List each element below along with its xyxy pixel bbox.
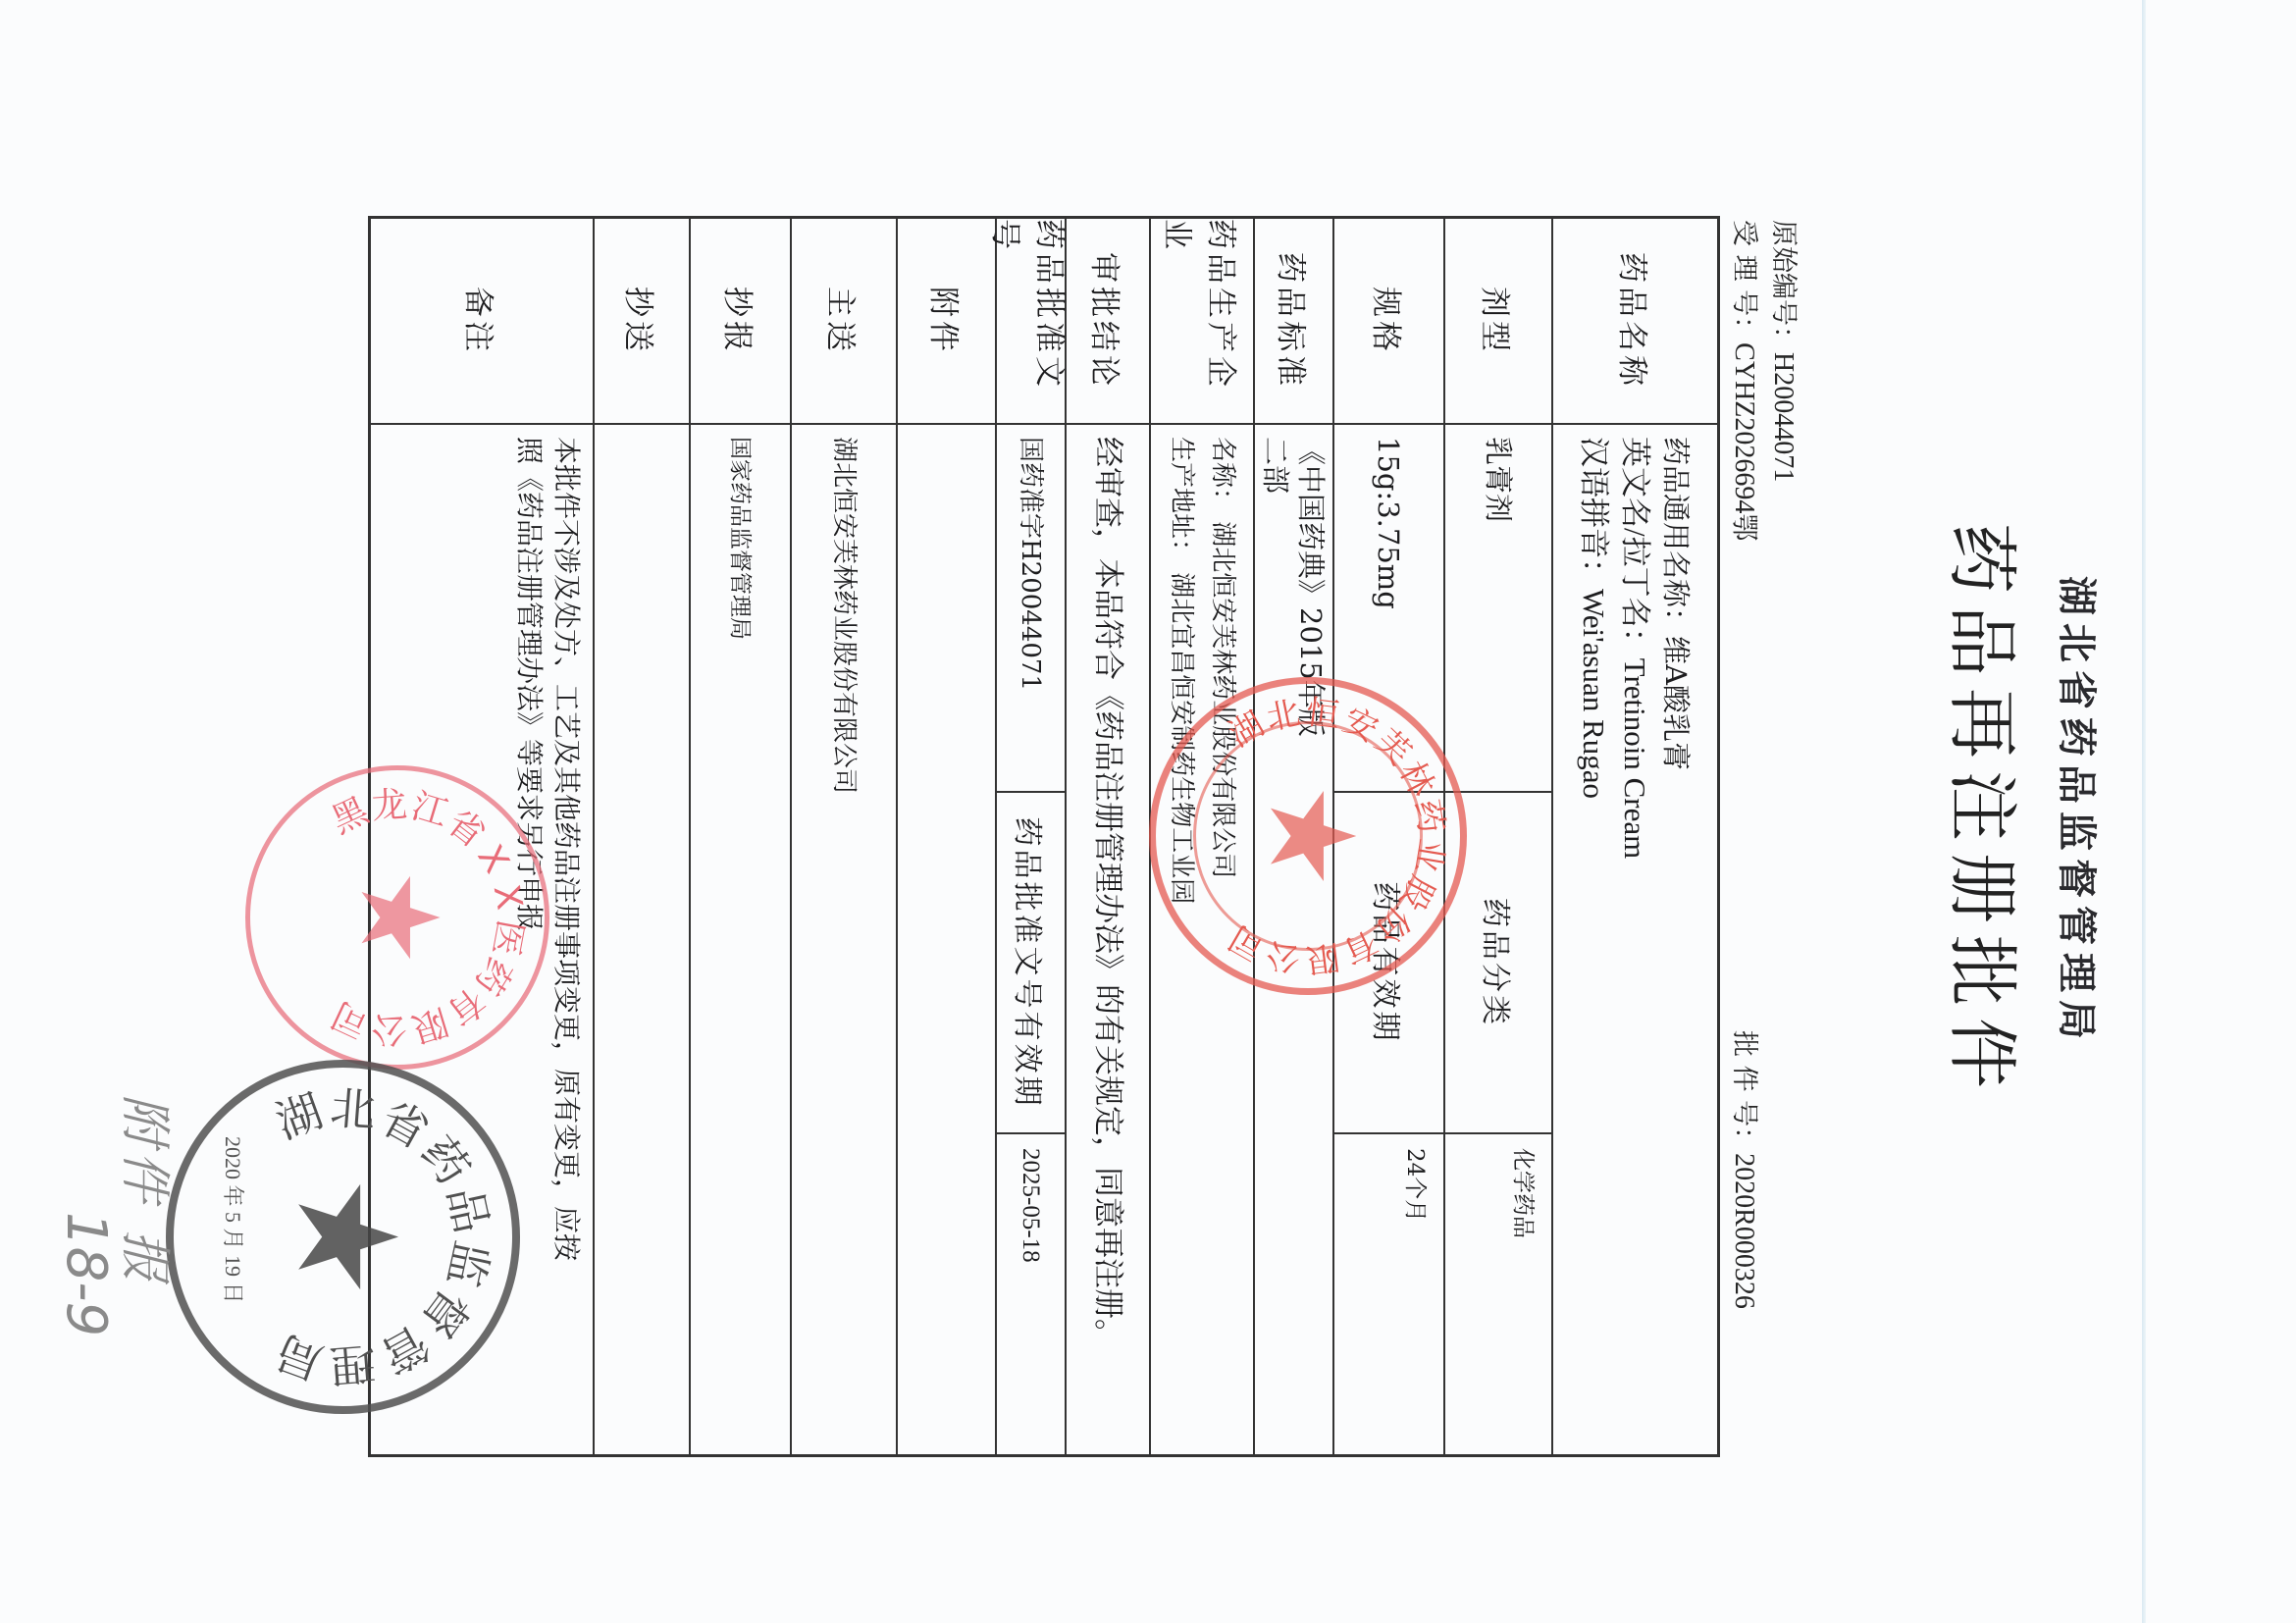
approval-document-number-value: 2020R000326	[1729, 1153, 1759, 1309]
label-drug-name: 药品名称	[1553, 219, 1717, 425]
label-main-recipient: 主送	[792, 219, 896, 425]
row-main-recipient: 主送 湖北恒安芙林药业股份有限公司	[790, 219, 896, 1454]
value-manufacturer: 名称： 湖北恒安芙林药业股份有限公司 生产地址： 湖北宜昌恒安制药生物工业园	[1151, 437, 1253, 1446]
row-manufacturer: 药品生产企业 名称： 湖北恒安芙林药业股份有限公司 生产地址： 湖北宜昌恒安制药…	[1149, 219, 1253, 1454]
label-conclusion: 审批结论	[1067, 219, 1149, 425]
svg-text:湖: 湖	[269, 1084, 330, 1149]
row-attachment: 附件	[896, 219, 995, 1454]
row-specification: 规格 15g:3.75mg 药品有效期 24个月	[1332, 219, 1443, 1454]
original-number: 原始编号：H20044071	[1767, 220, 1805, 482]
value-drug-name: 药品通用名称：维A酸乳膏 英文名/拉丁名：Tretinoin Cream 汉语拼…	[1553, 437, 1717, 1446]
agency-seal-date: 2020 年 5 月 19 日	[219, 1136, 249, 1304]
handwritten-number: 18-9	[54, 1212, 118, 1336]
label-approval-number: 药品批准文号	[997, 219, 1065, 425]
label-shelf-life: 药品有效期	[1334, 791, 1443, 1134]
approval-document-number: 批 件 号：2020R000326	[1728, 1030, 1766, 1309]
drug-generic-name: 药品通用名称：维A酸乳膏	[1656, 437, 1697, 1446]
value-main-recipient: 湖北恒安芙林药业股份有限公司	[792, 437, 896, 1446]
label-classification: 药品分类	[1445, 791, 1551, 1134]
label-specification: 规格	[1334, 219, 1443, 425]
manufacturer-name: 名称： 湖北恒安芙林药业股份有限公司	[1202, 437, 1243, 1446]
value-specification: 15g:3.75mg	[1334, 437, 1443, 767]
svg-text:局: 局	[269, 1325, 330, 1389]
document-page: 湖北省药品监督管理局 药品再注册批件 原始编号：H20044071 受 理 号：…	[0, 0, 2296, 1623]
label-dosage-form: 剂型	[1445, 219, 1551, 425]
label-standard: 药品标准	[1255, 219, 1332, 425]
issuing-agency: 湖北省药品监督管理局	[2052, 0, 2108, 1623]
acceptance-number-value: CYHZ2026694鄂	[1729, 342, 1759, 541]
value-approval-validity: 2025-05-18	[997, 1134, 1065, 1454]
value-standard: 《中国药典》2015年版 二部	[1255, 437, 1332, 1446]
handwritten-note: 附件 报	[113, 1094, 186, 1287]
label-approval-validity: 药品批准文号有效期	[997, 791, 1065, 1134]
row-conclusion: 审批结论 经审查，本品符合《药品注册管理办法》的有关规定，同意再注册。	[1065, 219, 1149, 1454]
value-conclusion: 经审查，本品符合《药品注册管理办法》的有关规定，同意再注册。	[1067, 437, 1149, 1446]
approval-table: 药品名称 药品通用名称：维A酸乳膏 英文名/拉丁名：Tretinoin Crea…	[368, 216, 1720, 1457]
row-approval-number: 药品批准文号 国药准字H20044071 药品批准文号有效期 2025-05-1…	[995, 219, 1065, 1454]
row-dosage-form: 剂型 乳膏剂 药品分类 化学药品	[1443, 219, 1551, 1454]
value-shelf-life: 24个月	[1334, 1134, 1443, 1454]
original-number-label: 原始编号：	[1768, 220, 1799, 352]
drug-pinyin-name: 汉语拼音：Wei'asuan Rugao	[1574, 437, 1615, 1446]
remarks-line-1: 本批件不涉及处方、工艺及其他药品注册事项变更，原有变更，应按	[548, 437, 585, 1446]
approval-document-number-label: 批 件 号：	[1729, 1030, 1759, 1153]
acceptance-number-label: 受 理 号：	[1729, 220, 1759, 342]
row-remarks: 备注 本批件不涉及处方、工艺及其他药品注册事项变更，原有变更，应按 照《药品注册…	[371, 219, 593, 1454]
row-drug-name: 药品名称 药品通用名称：维A酸乳膏 英文名/拉丁名：Tretinoin Crea…	[1551, 219, 1717, 1454]
row-copy-to: 抄送	[593, 219, 689, 1454]
value-attachment	[898, 437, 995, 1446]
row-report-copy: 抄报 国家药品监督管理局	[689, 219, 790, 1454]
label-remarks: 备注	[371, 219, 593, 425]
drug-english-name: 英文名/拉丁名：Tretinoin Cream	[1615, 437, 1656, 1446]
value-report-copy: 国家药品监督管理局	[691, 437, 790, 1446]
value-dosage-form: 乳膏剂	[1445, 437, 1551, 767]
label-report-copy: 抄报	[691, 219, 790, 425]
value-classification: 化学药品	[1445, 1134, 1551, 1454]
document-title: 药品再注册批件	[1937, 0, 2039, 1623]
manufacturer-address: 生产地址： 湖北宜昌恒安制药生物工业园	[1161, 437, 1202, 1446]
label-manufacturer: 药品生产企业	[1151, 219, 1253, 425]
standard-line-1: 《中国药典》2015年版	[1294, 437, 1330, 1446]
standard-line-2: 二部	[1259, 437, 1294, 1446]
row-standard: 药品标准 《中国药典》2015年版 二部	[1253, 219, 1332, 1454]
value-copy-to	[595, 437, 689, 1446]
label-copy-to: 抄送	[595, 219, 689, 425]
original-number-value: H20044071	[1768, 352, 1799, 482]
value-remarks: 本批件不涉及处方、工艺及其他药品注册事项变更，原有变更，应按 照《药品注册管理办…	[371, 437, 593, 1446]
label-attachment: 附件	[898, 219, 995, 425]
acceptance-number: 受 理 号：CYHZ2026694鄂	[1727, 220, 1766, 541]
remarks-line-2: 照《药品注册管理办法》等要求另行申报	[510, 437, 548, 1446]
value-approval-number: 国药准字H20044071	[997, 437, 1065, 767]
